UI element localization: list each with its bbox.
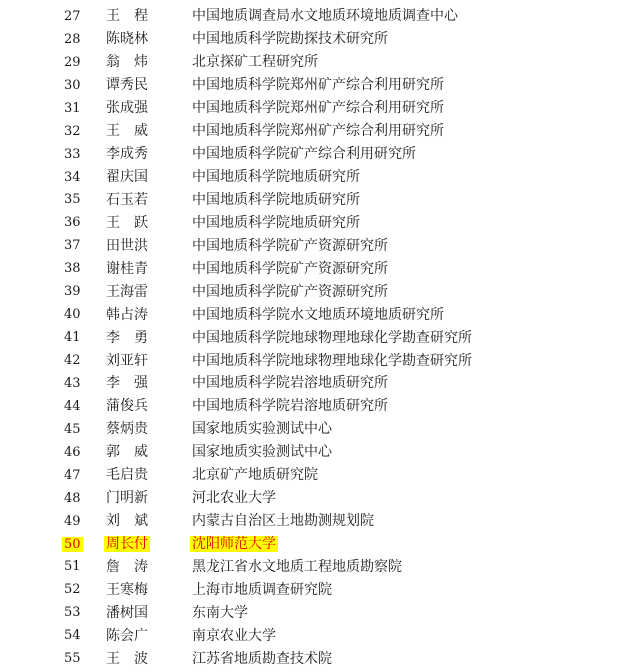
member-name-text: 蒲俊兵 [104,398,150,414]
institution-name-text: 国家地质实验测试中心 [190,421,334,437]
institution-name-text: 中国地质科学院勘探技术研究所 [190,31,390,47]
row-number-text: 43 [62,376,83,391]
row-number-text: 33 [62,147,83,162]
institution-name-text: 黑龙江省水文地质工程地质勘察院 [190,559,404,575]
table-row: 49 刘 斌 内蒙古自治区土地勘测规划院 [0,510,625,533]
member-name: 李 勇 [104,330,190,346]
row-number: 54 [62,628,104,643]
institution-name-text: 中国地质科学院地球物理地球化学勘查研究所 [190,330,474,346]
institution-name: 中国地质科学院岩溶地质研究所 [190,398,625,414]
document-page: 27 王 程 中国地质调查局水文地质环境地质调查中心 28 陈晓林 中国地质科学… [0,0,625,671]
row-number-text: 30 [62,78,83,93]
member-name-text: 谭秀民 [104,77,150,93]
table-row: 33 李成秀 中国地质科学院矿产综合利用研究所 [0,143,625,166]
row-number: 36 [62,215,104,230]
member-name: 王 程 [104,8,190,24]
row-number: 49 [62,514,104,529]
row-number-text: 27 [62,9,83,24]
institution-name-text: 内蒙古自治区土地勘测规划院 [190,513,376,529]
member-name: 潘树国 [104,605,190,621]
institution-name-text: 国家地质实验测试中心 [190,444,334,460]
member-name-text: 王 威 [104,123,150,139]
row-number: 50 [62,537,104,552]
member-name-text: 陈会广 [104,628,150,644]
institution-name-text: 东南大学 [190,605,250,621]
institution-name: 中国地质科学院地球物理地球化学勘查研究所 [190,353,625,369]
member-name: 谢桂青 [104,261,190,277]
table-row: 32 王 威 中国地质科学院郑州矿产综合利用研究所 [0,120,625,143]
table-row: 43 李 强 中国地质科学院岩溶地质研究所 [0,372,625,395]
row-number: 33 [62,147,104,162]
institution-name: 北京矿产地质研究院 [190,467,625,483]
member-name: 王 波 [104,651,190,667]
member-name: 刘亚轩 [104,353,190,369]
member-name-text: 王 跃 [104,215,150,231]
member-name: 周长付 [104,536,190,552]
row-number-text: 54 [62,628,83,643]
table-row: 40 韩占涛 中国地质科学院水文地质环境地质研究所 [0,303,625,326]
row-number: 42 [62,353,104,368]
row-number-text: 52 [62,582,83,597]
table-row: 46 郭 威 国家地质实验测试中心 [0,441,625,464]
row-number: 29 [62,55,104,70]
row-number: 35 [62,192,104,207]
institution-name: 中国地质科学院矿产资源研究所 [190,238,625,254]
member-name-text: 王寒梅 [104,582,150,598]
member-name-text: 毛启贵 [104,467,150,483]
institution-name-text: 北京探矿工程研究所 [190,54,320,70]
row-number-text: 29 [62,55,83,70]
institution-name: 内蒙古自治区土地勘测规划院 [190,513,625,529]
member-name: 毛启贵 [104,467,190,483]
row-number: 41 [62,330,104,345]
institution-name-text: 江苏省地质勘查技术院 [190,651,334,667]
member-name: 王寒梅 [104,582,190,598]
member-name-text: 王 程 [104,8,150,24]
member-name-text: 王 波 [104,651,150,667]
institution-name: 中国地质科学院地球物理地球化学勘查研究所 [190,330,625,346]
member-name: 刘 斌 [104,513,190,529]
institution-name-text: 中国地质科学院地质研究所 [190,215,362,231]
table-row: 45 蔡炳贵 国家地质实验测试中心 [0,418,625,441]
institution-name-text: 中国地质科学院岩溶地质研究所 [190,398,390,414]
member-name: 王海雷 [104,284,190,300]
institution-name-text: 中国地质科学院地球物理地球化学勘查研究所 [190,353,474,369]
institution-name: 中国地质科学院岩溶地质研究所 [190,375,625,391]
table-row: 55 王 波 江苏省地质勘查技术院 [0,647,625,670]
member-name-text: 王海雷 [104,284,150,300]
institution-name-text: 中国地质科学院矿产资源研究所 [190,238,390,254]
row-number-text: 47 [62,468,83,483]
institution-name: 国家地质实验测试中心 [190,421,625,437]
institution-name-text: 沈阳师范大学 [190,536,278,552]
row-number-text: 34 [62,170,83,185]
row-number: 47 [62,468,104,483]
row-number-text: 36 [62,215,83,230]
row-number-text: 53 [62,605,83,620]
institution-name: 中国地质科学院郑州矿产综合利用研究所 [190,100,625,116]
row-number-text: 46 [62,445,83,460]
member-name-text: 詹 涛 [104,559,150,575]
table-row: 37 田世洪 中国地质科学院矿产资源研究所 [0,234,625,257]
member-name-text: 刘 斌 [104,513,150,529]
table-row: 35 石玉若 中国地质科学院地质研究所 [0,189,625,212]
institution-name-text: 中国地质科学院郑州矿产综合利用研究所 [190,100,446,116]
member-name-text: 李 强 [104,375,150,391]
member-name: 田世洪 [104,238,190,254]
table-row: 31 张成强 中国地质科学院郑州矿产综合利用研究所 [0,97,625,120]
row-number-text: 44 [62,399,83,414]
member-name-text: 韩占涛 [104,307,150,323]
institution-name-text: 中国地质科学院水文地质环境地质研究所 [190,307,446,323]
row-number: 39 [62,284,104,299]
member-name-text: 门明新 [104,490,150,506]
member-name-text: 张成强 [104,100,150,116]
table-row: 50 周长付 沈阳师范大学 [0,533,625,556]
member-list: 27 王 程 中国地质调查局水文地质环境地质调查中心 28 陈晓林 中国地质科学… [0,5,625,670]
member-name: 王 跃 [104,215,190,231]
member-name: 翁 炜 [104,54,190,70]
row-number: 46 [62,445,104,460]
member-name: 陈会广 [104,628,190,644]
row-number-text: 55 [62,651,83,666]
table-row: 29 翁 炜 北京探矿工程研究所 [0,51,625,74]
row-number-text: 40 [62,307,83,322]
institution-name: 河北农业大学 [190,490,625,506]
row-number: 43 [62,376,104,391]
member-name-text: 陈晓林 [104,31,150,47]
row-number: 53 [62,605,104,620]
member-name-text: 翁 炜 [104,54,150,70]
row-number: 28 [62,32,104,47]
institution-name-text: 中国地质科学院矿产综合利用研究所 [190,146,418,162]
member-name-text: 翟庆国 [104,169,150,185]
institution-name: 中国地质科学院地质研究所 [190,169,625,185]
institution-name: 江苏省地质勘查技术院 [190,651,625,667]
institution-name: 中国地质科学院地质研究所 [190,215,625,231]
institution-name-text: 南京农业大学 [190,628,278,644]
row-number-text: 45 [62,422,83,437]
institution-name: 中国地质科学院矿产资源研究所 [190,261,625,277]
row-number: 34 [62,170,104,185]
row-number: 31 [62,101,104,116]
table-row: 53 潘树国 东南大学 [0,601,625,624]
institution-name: 国家地质实验测试中心 [190,444,625,460]
institution-name: 北京探矿工程研究所 [190,54,625,70]
member-name: 谭秀民 [104,77,190,93]
row-number: 44 [62,399,104,414]
table-row: 38 谢桂青 中国地质科学院矿产资源研究所 [0,257,625,280]
row-number: 52 [62,582,104,597]
institution-name-text: 中国地质科学院郑州矿产综合利用研究所 [190,123,446,139]
member-name: 詹 涛 [104,559,190,575]
member-name-text: 石玉若 [104,192,150,208]
institution-name: 中国地质科学院矿产资源研究所 [190,284,625,300]
table-row: 36 王 跃 中国地质科学院地质研究所 [0,211,625,234]
table-row: 42 刘亚轩 中国地质科学院地球物理地球化学勘查研究所 [0,349,625,372]
row-number-text: 41 [62,330,83,345]
table-row: 27 王 程 中国地质调查局水文地质环境地质调查中心 [0,5,625,28]
row-number-text: 35 [62,192,83,207]
institution-name: 中国地质科学院郑州矿产综合利用研究所 [190,77,625,93]
member-name: 郭 威 [104,444,190,460]
institution-name-text: 中国地质调查局水文地质环境地质调查中心 [190,8,460,24]
row-number: 37 [62,238,104,253]
member-name: 韩占涛 [104,307,190,323]
member-name: 蒲俊兵 [104,398,190,414]
table-row: 39 王海雷 中国地质科学院矿产资源研究所 [0,280,625,303]
member-name-text: 谢桂青 [104,261,150,277]
institution-name-text: 中国地质科学院矿产资源研究所 [190,284,390,300]
institution-name-text: 上海市地质调查研究院 [190,582,334,598]
member-name: 翟庆国 [104,169,190,185]
table-row: 51 詹 涛 黑龙江省水文地质工程地质勘察院 [0,556,625,579]
row-number-text: 42 [62,353,83,368]
member-name-text: 潘树国 [104,605,150,621]
member-name-text: 李成秀 [104,146,150,162]
row-number-text: 51 [62,559,83,574]
member-name: 石玉若 [104,192,190,208]
institution-name-text: 中国地质科学院地质研究所 [190,192,362,208]
row-number-text: 39 [62,284,83,299]
row-number: 27 [62,9,104,24]
member-name-text: 郭 威 [104,444,150,460]
row-number-text: 49 [62,514,83,529]
institution-name: 中国地质科学院水文地质环境地质研究所 [190,307,625,323]
row-number: 40 [62,307,104,322]
institution-name: 中国地质调查局水文地质环境地质调查中心 [190,8,625,24]
row-number-text: 28 [62,32,83,47]
row-number: 32 [62,124,104,139]
institution-name-text: 中国地质科学院地质研究所 [190,169,362,185]
table-row: 28 陈晓林 中国地质科学院勘探技术研究所 [0,28,625,51]
institution-name: 中国地质科学院矿产综合利用研究所 [190,146,625,162]
member-name: 门明新 [104,490,190,506]
row-number: 30 [62,78,104,93]
member-name: 蔡炳贵 [104,421,190,437]
row-number-text: 38 [62,261,83,276]
row-number: 45 [62,422,104,437]
institution-name-text: 中国地质科学院矿产资源研究所 [190,261,390,277]
member-name-text: 李 勇 [104,330,150,346]
institution-name: 中国地质科学院勘探技术研究所 [190,31,625,47]
member-name: 王 威 [104,123,190,139]
table-row: 30 谭秀民 中国地质科学院郑州矿产综合利用研究所 [0,74,625,97]
institution-name: 中国地质科学院地质研究所 [190,192,625,208]
institution-name: 南京农业大学 [190,628,625,644]
table-row: 44 蒲俊兵 中国地质科学院岩溶地质研究所 [0,395,625,418]
member-name-text: 蔡炳贵 [104,421,150,437]
member-name-text: 周长付 [104,536,150,552]
institution-name: 东南大学 [190,605,625,621]
row-number-text: 50 [62,537,83,552]
institution-name: 中国地质科学院郑州矿产综合利用研究所 [190,123,625,139]
member-name-text: 刘亚轩 [104,353,150,369]
member-name: 李成秀 [104,146,190,162]
row-number: 55 [62,651,104,666]
member-name-text: 田世洪 [104,238,150,254]
institution-name-text: 河北农业大学 [190,490,278,506]
row-number: 38 [62,261,104,276]
table-row: 52 王寒梅 上海市地质调查研究院 [0,578,625,601]
row-number-text: 37 [62,238,83,253]
institution-name: 上海市地质调查研究院 [190,582,625,598]
row-number-text: 31 [62,101,83,116]
table-row: 48 门明新 河北农业大学 [0,487,625,510]
row-number-text: 48 [62,491,83,506]
table-row: 41 李 勇 中国地质科学院地球物理地球化学勘查研究所 [0,326,625,349]
row-number-text: 32 [62,124,83,139]
row-number: 51 [62,559,104,574]
institution-name-text: 中国地质科学院岩溶地质研究所 [190,375,390,391]
institution-name-text: 中国地质科学院郑州矿产综合利用研究所 [190,77,446,93]
row-number: 48 [62,491,104,506]
member-name: 陈晓林 [104,31,190,47]
member-name: 李 强 [104,375,190,391]
institution-name-text: 北京矿产地质研究院 [190,467,320,483]
institution-name: 沈阳师范大学 [190,536,625,552]
table-row: 54 陈会广 南京农业大学 [0,624,625,647]
member-name: 张成强 [104,100,190,116]
table-row: 34 翟庆国 中国地质科学院地质研究所 [0,166,625,189]
table-row: 47 毛启贵 北京矿产地质研究院 [0,464,625,487]
institution-name: 黑龙江省水文地质工程地质勘察院 [190,559,625,575]
